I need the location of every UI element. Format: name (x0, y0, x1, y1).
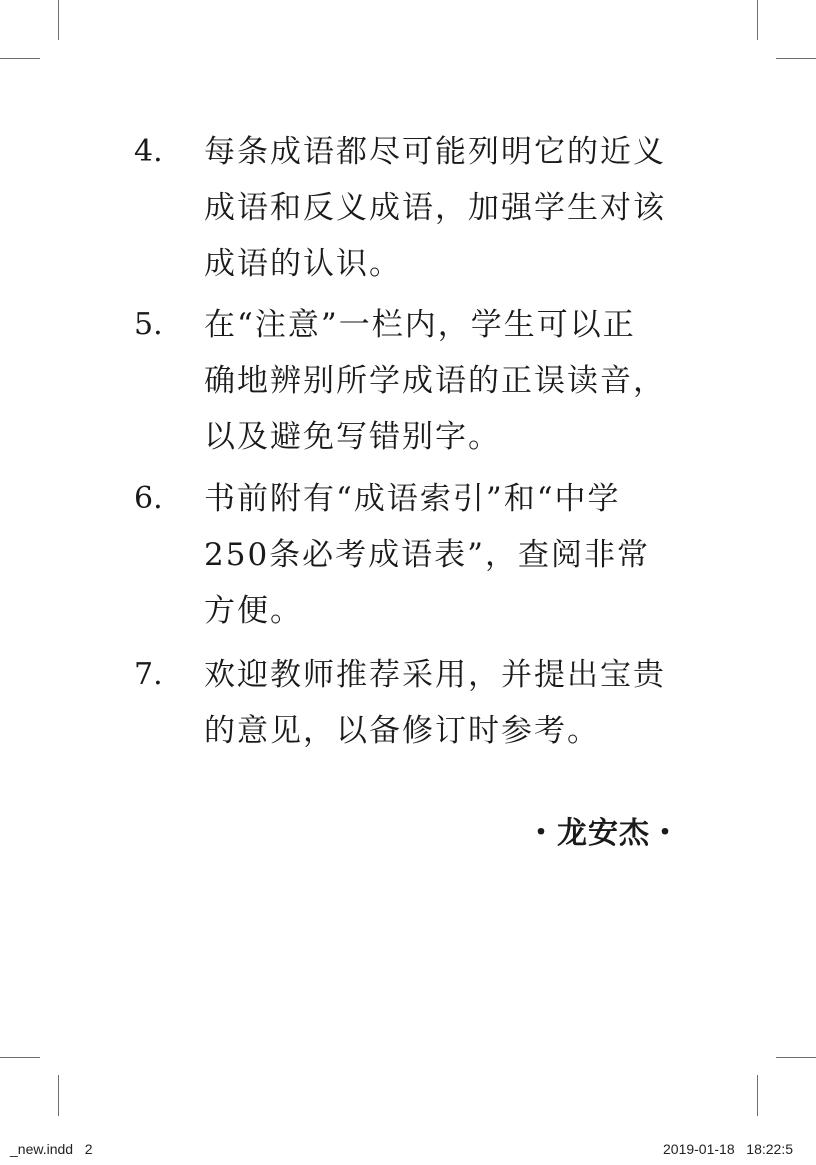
crop-mark-bottom-right-vertical (757, 1075, 758, 1116)
crop-mark-bottom-right-horizontal (776, 1057, 816, 1058)
crop-mark-top-right-horizontal (776, 58, 816, 59)
list-text: 每条成语都尽可能列明它的近义 成语和反义成语，加强学生对该 成语的认识。 (204, 124, 694, 292)
author-signature: ・龙安杰・ (526, 808, 681, 852)
list-number: 6. (134, 471, 163, 527)
slug-filename: _new.indd 2 (10, 1141, 93, 1157)
list-number: 4. (134, 124, 163, 180)
list-number: 5. (134, 297, 163, 353)
crop-mark-bottom-left-horizontal (0, 1057, 40, 1058)
crop-mark-top-left-horizontal (0, 58, 40, 59)
list-text: 欢迎教师推荐采用，并提出宝贵 的意见，以备修订时参考。 (204, 647, 694, 759)
crop-mark-top-right-vertical (757, 0, 758, 40)
crop-mark-bottom-left-vertical (58, 1075, 59, 1116)
list-number: 7. (134, 647, 163, 703)
list-text: 在“注意”一栏内，学生可以正 确地辨别所学成语的正误读音， 以及避免写错别字。 (204, 297, 694, 465)
list-text: 书前附有“成语索引”和“中学 250条必考成语表”，查阅非常 方便。 (204, 471, 694, 639)
crop-mark-top-left-vertical (58, 0, 59, 40)
slug-datetime: 2019-01-18 18:22:5 (663, 1141, 793, 1157)
